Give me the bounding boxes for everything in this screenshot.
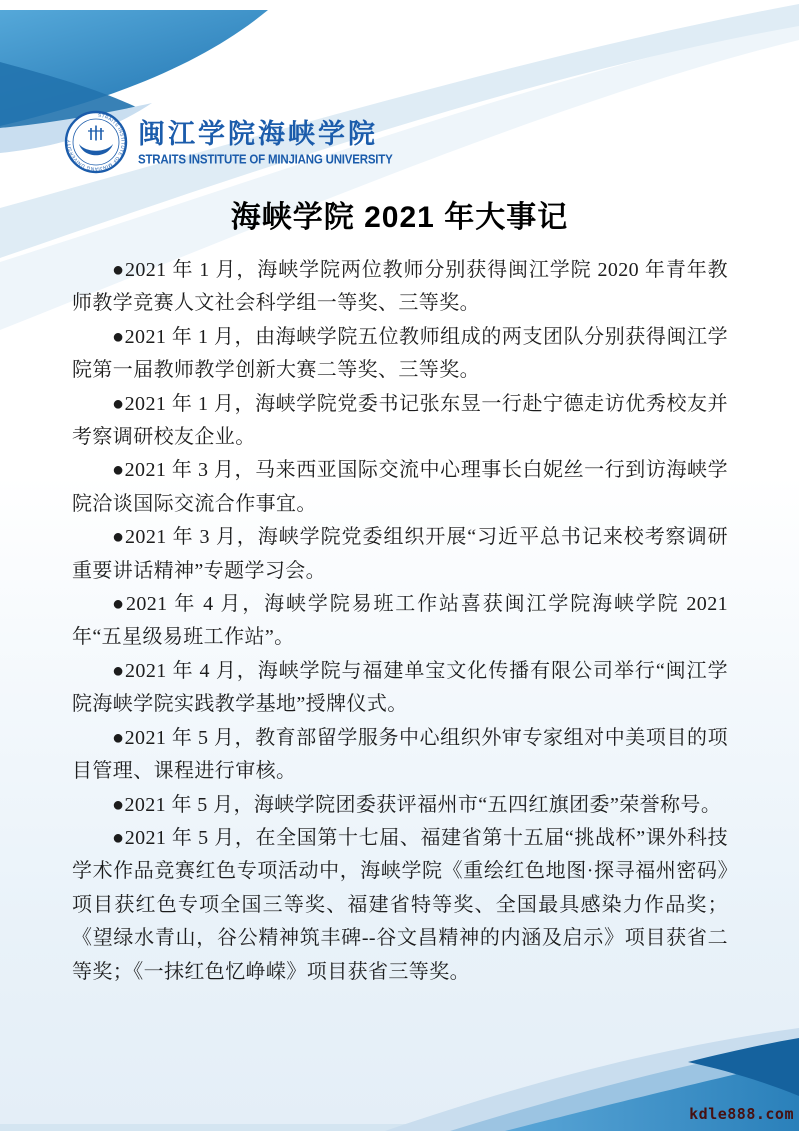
event-item: ●2021 年 1 月，海峡学院党委书记张东昱一行赴宁德走访优秀校友并考察调研校… [72, 388, 728, 455]
watermark-text: kdle888.com [689, 1105, 794, 1123]
bottom-swoosh-decoration [0, 1016, 799, 1131]
header-logo: STRAITS INSTITUTE OF MINJIANG UNIVERSITY… [64, 110, 393, 174]
events-list: ●2021 年 1 月，海峡学院两位教师分别获得闽江学院 2020 年青年教师教… [72, 254, 728, 989]
event-item: ●2021 年 1 月，海峡学院两位教师分别获得闽江学院 2020 年青年教师教… [72, 254, 728, 321]
institute-name-en: STRAITS INSTITUTE OF MINJIANG UNIVERSITY [138, 153, 393, 167]
event-item: ●2021 年 1 月，由海峡学院五位教师组成的两支团队分别获得闽江学院第一届教… [72, 321, 728, 388]
bottom-strip [0, 1124, 799, 1131]
event-item: ●2021 年 3 月，马来西亚国际交流中心理事长白妮丝一行到访海峡学院洽谈国际… [72, 454, 728, 521]
event-item: ●2021 年 3 月，海峡学院党委组织开展“习近平总书记来校考察调研重要讲话精… [72, 521, 728, 588]
page-title: 海峡学院 2021 年大事记 [0, 192, 799, 236]
event-item: ●2021 年 5 月，海峡学院团委获评福州市“五四红旗团委”荣誉称号。 [72, 789, 728, 822]
institute-name-cn: 闽江学院海峡学院 [138, 120, 393, 150]
event-item: ●2021 年 4 月，海峡学院与福建单宝文化传播有限公司举行“闽江学院海峡学院… [72, 655, 728, 722]
event-item: ●2021 年 4 月，海峡学院易班工作站喜获闽江学院海峡学院 2021 年“五… [72, 588, 728, 655]
swoosh-dark-corner [688, 1038, 799, 1096]
university-seal-icon: STRAITS INSTITUTE OF MINJIANG UNIVERSITY [64, 110, 128, 174]
event-item: ●2021 年 5 月，在全国第十七届、福建省第十五届“挑战杯”课外科技学术作品… [72, 822, 728, 989]
event-item: ●2021 年 5 月，教育部留学服务中心组织外审专家组对中美项目的项目管理、课… [72, 722, 728, 789]
blue-corner-swoosh [0, 10, 268, 126]
document-page: STRAITS INSTITUTE OF MINJIANG UNIVERSITY… [0, 0, 799, 1131]
